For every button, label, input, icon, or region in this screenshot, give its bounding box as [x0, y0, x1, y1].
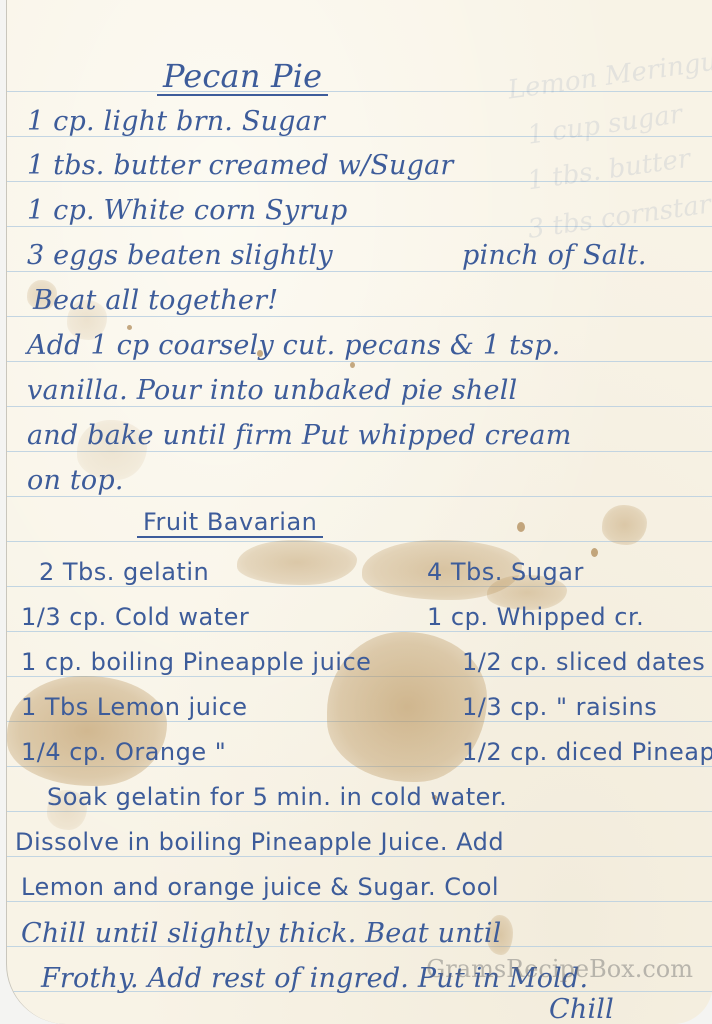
ingredient-line-right: 4 Tbs. Sugar	[427, 560, 584, 584]
ingredient-line-right: 1/3 cp. " raisins	[462, 695, 657, 719]
direction-line: on top.	[27, 467, 124, 494]
ingredient-line: 3 eggs beaten slightly	[27, 242, 333, 269]
ingredient-line: 1 tbs. butter creamed w/Sugar	[27, 152, 454, 179]
ruled-line	[7, 901, 712, 902]
ruled-line	[7, 586, 712, 587]
stain-dot	[350, 362, 355, 368]
ruled-line	[7, 406, 712, 407]
direction-line: Add 1 cp coarsely cut. pecans & 1 tsp.	[27, 332, 560, 359]
ingredient-line: 1 cp. boiling Pineapple juice	[21, 650, 371, 674]
recipe-title-pecan-pie: Pecan Pie	[157, 60, 328, 96]
bleed-through-text: 3 tbs cornstarch	[526, 185, 712, 245]
bleed-through-text: 1 tbs. butter	[526, 144, 692, 197]
ingredient-line: 1 cp. White corn Syrup	[27, 197, 348, 224]
direction-line: Beat all together!	[33, 287, 278, 314]
ingredient-line: 1 Tbs Lemon juice	[21, 695, 248, 719]
ruled-line	[7, 496, 712, 497]
direction-line: Chill until slightly thick. Beat until	[21, 920, 502, 947]
ruled-line	[7, 811, 712, 812]
ruled-line	[7, 541, 712, 542]
stain	[602, 505, 647, 545]
stain-dot	[517, 522, 525, 532]
ingredient-line: 2 Tbs. gelatin	[39, 560, 209, 584]
recipe-card: Lemon Meringue 1 cup sugar 1 tbs. butter…	[6, 0, 712, 1024]
ingredient-line-right: 1/2 cp. sliced dates	[462, 650, 705, 674]
ingredient-line-right: 1 cp. Whipped cr.	[427, 605, 644, 629]
ingredient-line: 1 cp. light brn. Sugar	[27, 108, 325, 135]
ruled-line	[7, 271, 712, 272]
stain	[237, 540, 357, 585]
watermark: GramsRecipeBox.com	[426, 955, 693, 983]
ruled-line	[7, 856, 712, 857]
direction-line: Lemon and orange juice & Sugar. Cool	[21, 875, 499, 899]
ruled-line	[7, 631, 712, 632]
direction-line: and bake until firm Put whipped cream	[27, 422, 572, 449]
ingredient-line: 1/4 cp. Orange "	[21, 740, 226, 764]
direction-line: vanilla. Pour into unbaked pie shell	[27, 377, 517, 404]
direction-line: Chill	[549, 996, 614, 1023]
recipe-title-fruit-bavarian: Fruit Bavarian	[137, 510, 323, 538]
side-note: pinch of Salt.	[462, 242, 647, 269]
bleed-through-text: 1 cup sugar	[526, 99, 684, 150]
ruled-line	[7, 361, 712, 362]
ingredient-line-right: 1/2 cp. diced Pineapple	[462, 740, 712, 764]
direction-line: Dissolve in boiling Pineapple Juice. Add	[15, 830, 504, 854]
bleed-through-text: Lemon Meringue	[506, 44, 712, 105]
ruled-line	[7, 316, 712, 317]
direction-line: Soak gelatin for 5 min. in cold water.	[47, 785, 507, 809]
stain-dot	[591, 548, 598, 557]
ingredient-line: 1/3 cp. Cold water	[21, 605, 249, 629]
